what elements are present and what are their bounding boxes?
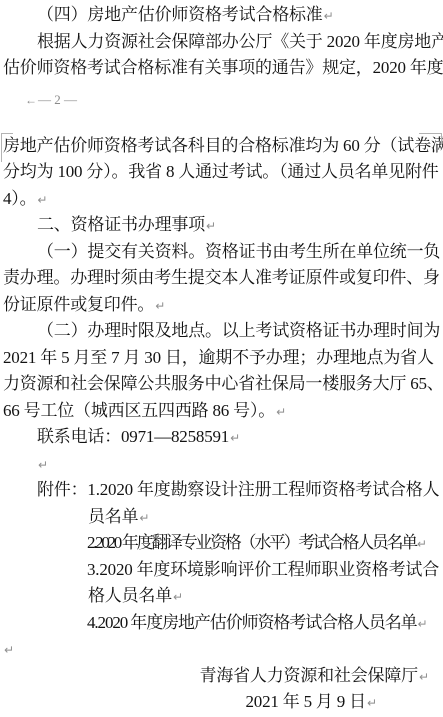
body-text-line: ↵ xyxy=(3,636,443,663)
text-boundary-corner-top-left-icon xyxy=(1,133,13,162)
attachment-item: 4.2020 年度房地产估价师资格考试合格人员名单↵ xyxy=(3,610,443,637)
body-text-line: （二）办理时限及地点。以上考试资格证书办理时间为 xyxy=(3,318,443,345)
tab-mark-icon: ← xyxy=(25,93,37,107)
text-boundary-corner-top-right-icon xyxy=(419,133,442,145)
attachment-item: 附件：1.2020 年度勘察设计注册工程师资格考试合格人 xyxy=(3,477,443,504)
attachment-item: 3.2020 年度环境影响评价工程师职业资格考试合 xyxy=(3,557,443,584)
paragraph-mark-icon: ↵ xyxy=(419,670,429,684)
paragraph-mark-icon: ↵ xyxy=(418,617,428,631)
body-text-line: 责办理。办理时须由考生提交本人准考证原件或复印件、身 xyxy=(3,265,443,292)
body-text-line: 估价师资格考试合格标准有关事项的通告》规定，2020 年度 xyxy=(3,55,443,82)
body-text-line: 分均为 100 分）。我省 8 人通过考试。（通过人员名单见附件 xyxy=(3,159,443,186)
body-text-line: ↵ xyxy=(3,451,443,478)
body-text-line: 根据人力资源社会保障部办公厅《关于 2020 年度房地产 xyxy=(3,29,443,56)
paragraph-mark-icon: ↵ xyxy=(367,696,377,710)
document-page: （四）房地产估价师资格考试合格标准↵根据人力资源社会保障部办公厅《关于 2020… xyxy=(0,0,443,716)
body-text-line: 份证原件或复印件。↵ xyxy=(3,292,443,319)
body-text-line: （一）提交有关资料。资格证书由考生所在单位统一负 xyxy=(3,239,443,266)
paragraph-mark-icon: ↵ xyxy=(173,590,183,604)
page3-body-block: 房地产估价师资格考试各科目的合格标准均为 60 分（试卷满分均为 100 分）。… xyxy=(3,133,443,716)
attachment-item: 2.2020 年度翻译专业资格（水平）考试合格人员名单↵ xyxy=(3,530,443,557)
paragraph-mark-icon: ↵ xyxy=(324,9,334,23)
body-text-line: 房地产估价师资格考试各科目的合格标准均为 60 分（试卷满 xyxy=(3,133,443,160)
paragraph-mark-icon: ↵ xyxy=(206,219,216,233)
paragraph-mark-icon: ↵ xyxy=(276,405,286,419)
attachment-item: 员名单↵ xyxy=(3,504,443,531)
page3-lines: 房地产估价师资格考试各科目的合格标准均为 60 分（试卷满分均为 100 分）。… xyxy=(3,133,443,716)
section-heading: 二、资格证书办理事项↵ xyxy=(3,212,443,239)
contact-phone: 联系电话：0971—8258591↵ xyxy=(3,424,443,451)
body-text-line: 2021 年 5 月至 7 月 30 日，逾期不予办理；办理地点为省人 xyxy=(3,345,443,372)
body-text-line: 力资源和社会保障公共服务中心省社保局一楼服务大厅 65、 xyxy=(3,371,443,398)
body-text-line: 66 号工位（城西区五四西路 86 号）。↵ xyxy=(3,398,443,425)
page2-bottom-block: （四）房地产估价师资格考试合格标准↵根据人力资源社会保障部办公厅《关于 2020… xyxy=(3,2,443,82)
paragraph-mark-icon: ↵ xyxy=(4,643,14,657)
paragraph-mark-icon: ↵ xyxy=(37,193,47,207)
page-number: ←— 2 — xyxy=(3,90,443,110)
issue-date: 2021 年 5 月 9 日↵ xyxy=(3,689,443,716)
issuer-signature: 青海省人力资源和社会保障厅↵ xyxy=(3,663,443,690)
paragraph-mark-icon: ↵ xyxy=(417,537,427,551)
paragraph-mark-icon: ↵ xyxy=(139,511,149,525)
paragraph-mark-icon: ↵ xyxy=(38,458,48,472)
body-text-line: 4）。↵ xyxy=(3,186,443,213)
paragraph-mark-icon: ↵ xyxy=(230,431,240,445)
body-text-line: （四）房地产估价师资格考试合格标准↵ xyxy=(3,2,443,29)
attachment-item: 格人员名单↵ xyxy=(3,583,443,610)
page-number-label: — 2 — xyxy=(38,92,77,107)
paragraph-mark-icon: ↵ xyxy=(155,299,165,313)
document-canvas: { "document": { "page2": { "lines": [ { … xyxy=(0,0,443,717)
